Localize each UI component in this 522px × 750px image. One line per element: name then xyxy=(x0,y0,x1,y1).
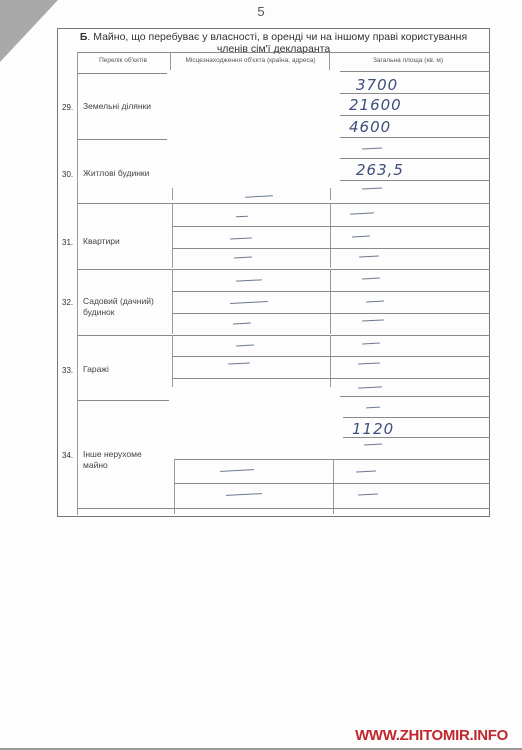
area-value: 263,5 xyxy=(356,161,404,179)
col-header-location: Місцезнаходження об'єкта (країна, адреса… xyxy=(173,57,328,64)
row-33-label: Гаражі xyxy=(83,364,109,375)
row-29-label: Земельні ділянки xyxy=(83,101,151,112)
watermark-zhitomir: WWW.ZHITOMIR.INFO xyxy=(355,727,508,744)
row-31-label: Квартири xyxy=(83,236,120,247)
row-31-number: 31. xyxy=(62,238,73,247)
row-34-label: Інше нерухомемайно xyxy=(83,449,142,471)
row-30-number: 30. xyxy=(62,170,73,179)
area-value: 3700 xyxy=(356,76,398,94)
page-number: 5 xyxy=(0,4,522,19)
row-33-number: 33. xyxy=(62,366,73,375)
area-value: 4600 xyxy=(349,118,391,136)
col-header-objects: Перелік об'єктів xyxy=(77,57,169,64)
row-32-number: 32. xyxy=(62,298,73,307)
row-34-number: 34. xyxy=(62,451,73,460)
section-title-line2: членів сім'ї декларанта xyxy=(217,43,330,55)
row-29-number: 29. xyxy=(62,103,73,112)
row-30-label: Житлові будинки xyxy=(83,168,149,179)
area-value: 1120 xyxy=(352,420,394,438)
col-header-area: Загальна площа (кв. м) xyxy=(333,57,483,64)
area-value: 21600 xyxy=(349,96,402,114)
row-32-label: Садовий (дачний)будинок xyxy=(83,296,154,318)
